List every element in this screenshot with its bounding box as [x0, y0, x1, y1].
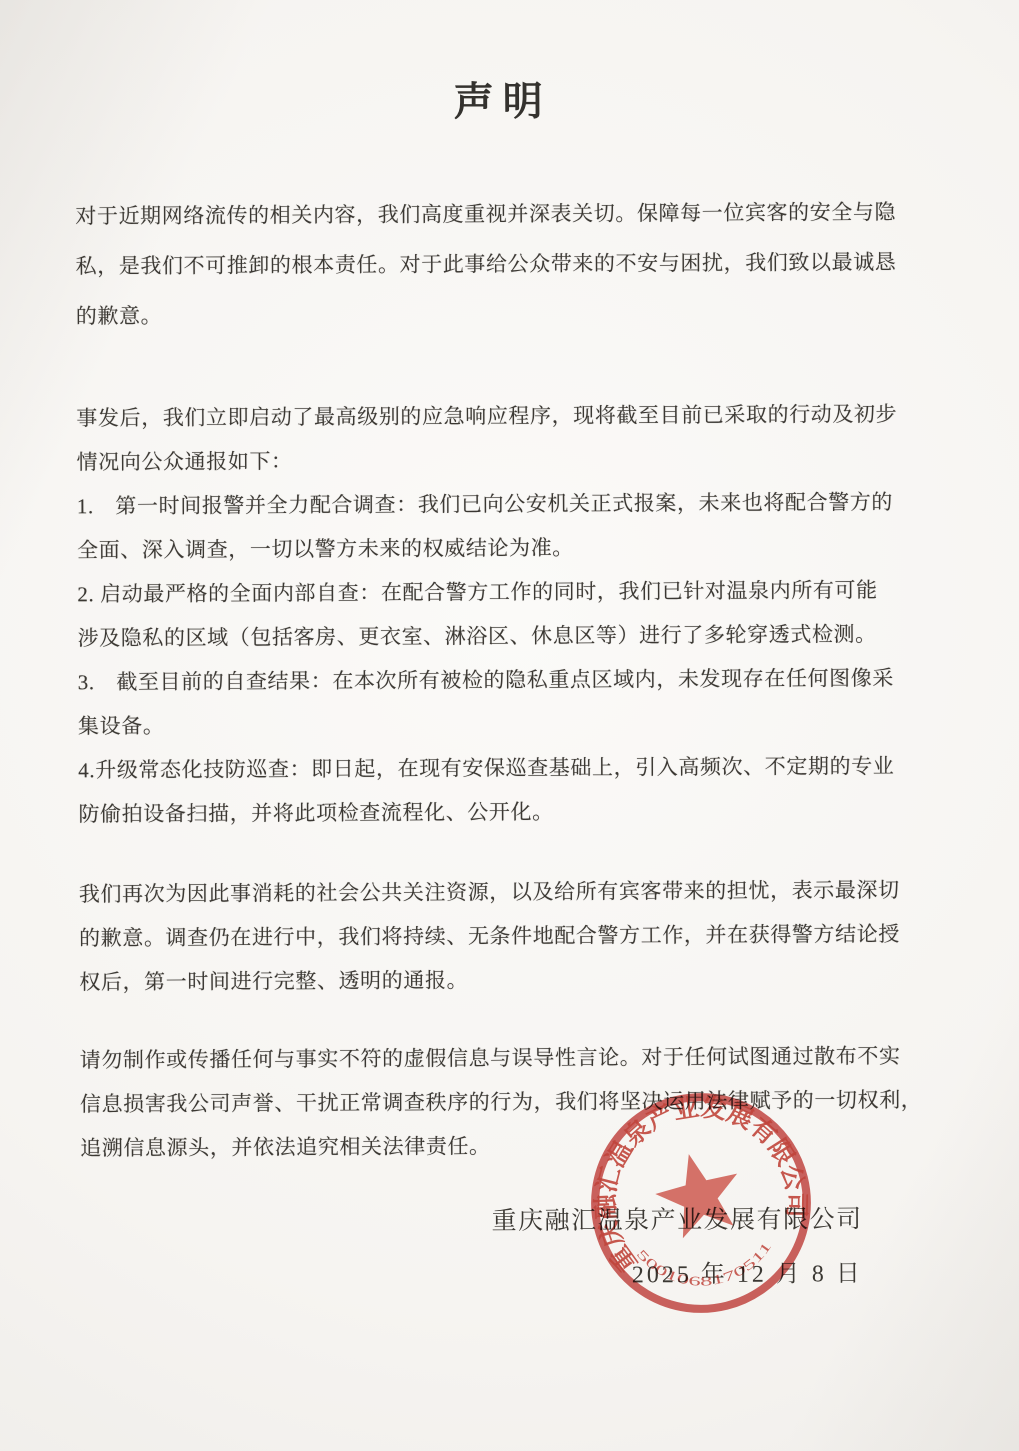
list-item-2: 2. 启动最严格的全面内部自查：在配合警方工作的同时，我们已针对温泉内所有可能 …: [77, 568, 933, 660]
list-item-3: 3. 截至目前的自查结果：在本次所有被检的隐私重点区域内，未发现存在任何图像采 …: [78, 656, 934, 748]
paragraph-apology: 我们再次为因此事消耗的社会公共关注资源，以及给所有宾客带来的担忧，表示最深切 的…: [79, 868, 936, 1004]
list-item-1: 1. 第一时间报警并全力配合调查：我们已向公安机关正式报案，未来也将配合警方的 …: [77, 480, 933, 572]
list-item-4: 4.升级常态化技防巡查：即日起，在现有安保巡查基础上，引入高频次、不定期的专业 …: [78, 744, 934, 836]
paragraph-actions-intro: 事发后，我们立即启动了最高级别的应急响应程序，现将截至目前已采取的行动及初步 情…: [76, 392, 932, 484]
star-icon: [648, 1144, 749, 1242]
paragraph-intro: 对于近期网络流传的相关内容，我们高度重视并深表关切。保障每一位宾客的安全与隐 私…: [75, 187, 932, 341]
statement-document: 声明 对于近期网络流传的相关内容，我们高度重视并深表关切。保障每一位宾客的安全与…: [0, 0, 1019, 1451]
page-title: 声明: [75, 68, 931, 129]
document-photo: 声明 对于近期网络流传的相关内容，我们高度重视并深表关切。保障每一位宾客的安全与…: [0, 0, 1019, 1451]
